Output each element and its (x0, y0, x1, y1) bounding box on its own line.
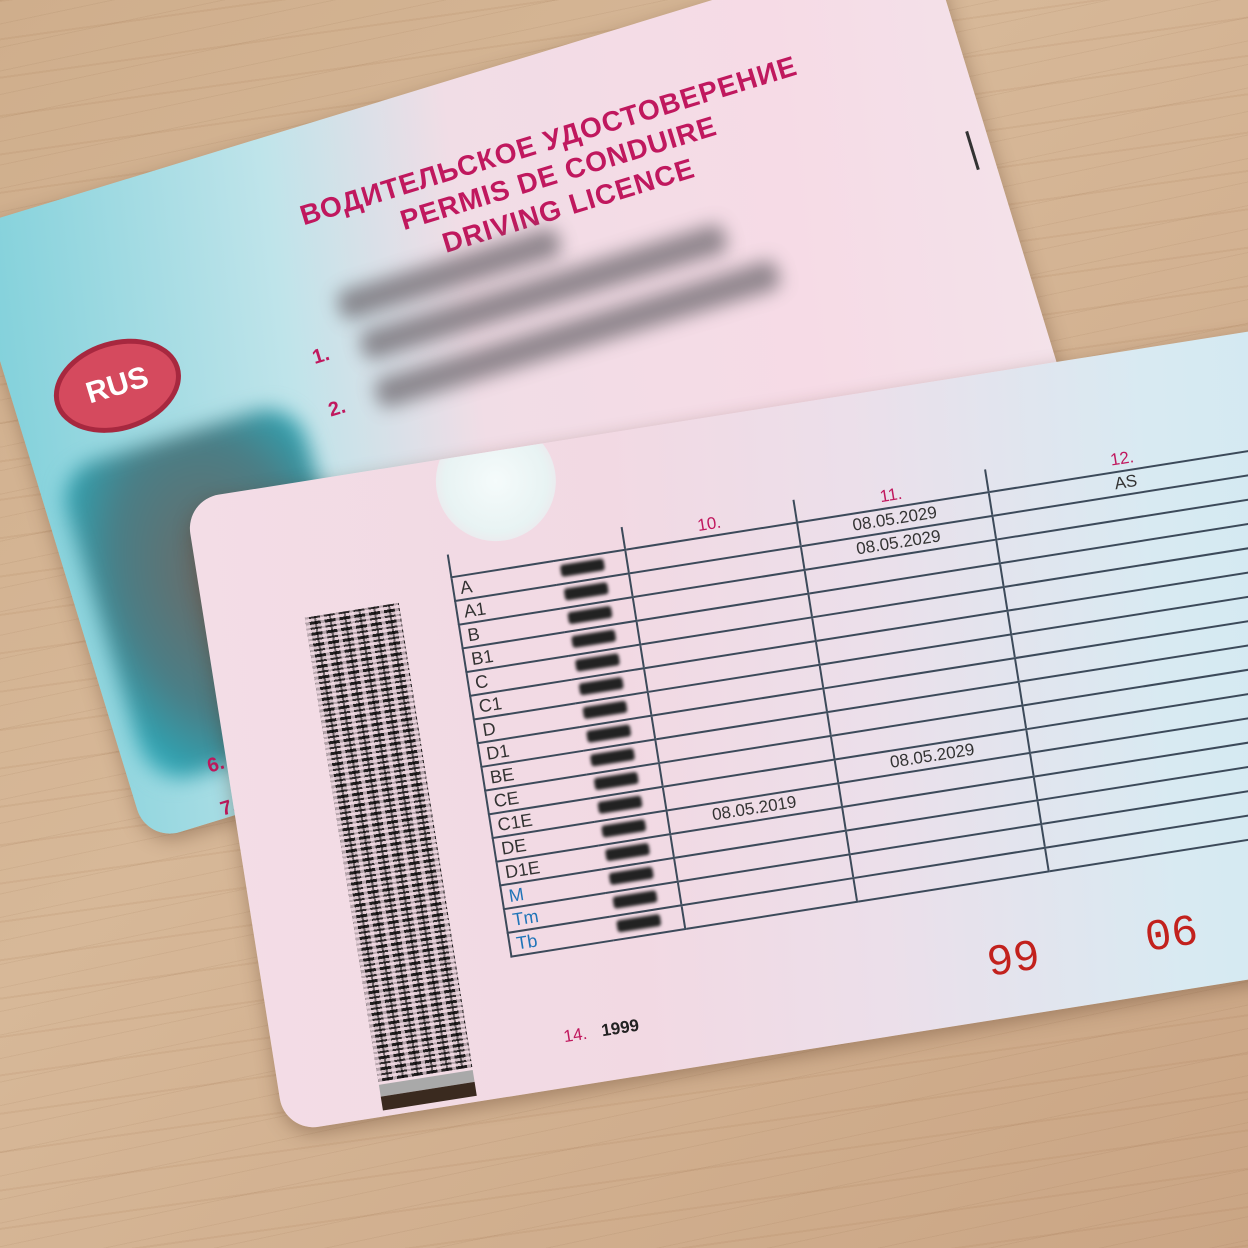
field-14: 14. 1999 (562, 1016, 640, 1048)
vehicle-category-icon (594, 772, 639, 791)
serial-part-1: 99 (984, 932, 1044, 990)
card-mark (965, 131, 980, 170)
vehicle-category-icon (586, 724, 631, 743)
vehicle-category-icon (590, 748, 635, 767)
licence-title: ВОДИТЕЛЬСКОЕ УДОСТОВЕРЕНИЕ PERMIS DE CON… (296, 49, 821, 298)
field-1-label: 1. (310, 343, 333, 370)
categories-table: 10. 11. 12. A08.05.2029ASA108.05.2029BB1… (447, 427, 1248, 958)
vehicle-category-icon (564, 582, 609, 601)
vehicle-category-icon (560, 558, 605, 577)
vehicle-category-icon (582, 701, 627, 720)
vehicle-category-icon (612, 890, 657, 909)
vehicle-category-icon (567, 606, 612, 625)
vehicle-category-icon (575, 653, 620, 672)
field-14-value: 1999 (600, 1016, 640, 1041)
serial-part-2: 06 (1142, 907, 1202, 965)
country-badge: RUS (42, 324, 193, 448)
vehicle-category-icon (601, 819, 646, 838)
vehicle-category-icon (597, 795, 642, 814)
pdf417-barcode (305, 603, 472, 1082)
vehicle-category-icon (605, 843, 650, 862)
vehicle-category-icon (616, 914, 661, 933)
vehicle-category-icon (579, 677, 624, 696)
field-14-label: 14. (562, 1024, 588, 1046)
vehicle-category-icon (571, 629, 616, 648)
vehicle-category-icon (609, 866, 654, 885)
field-2-label: 2. (326, 396, 349, 423)
